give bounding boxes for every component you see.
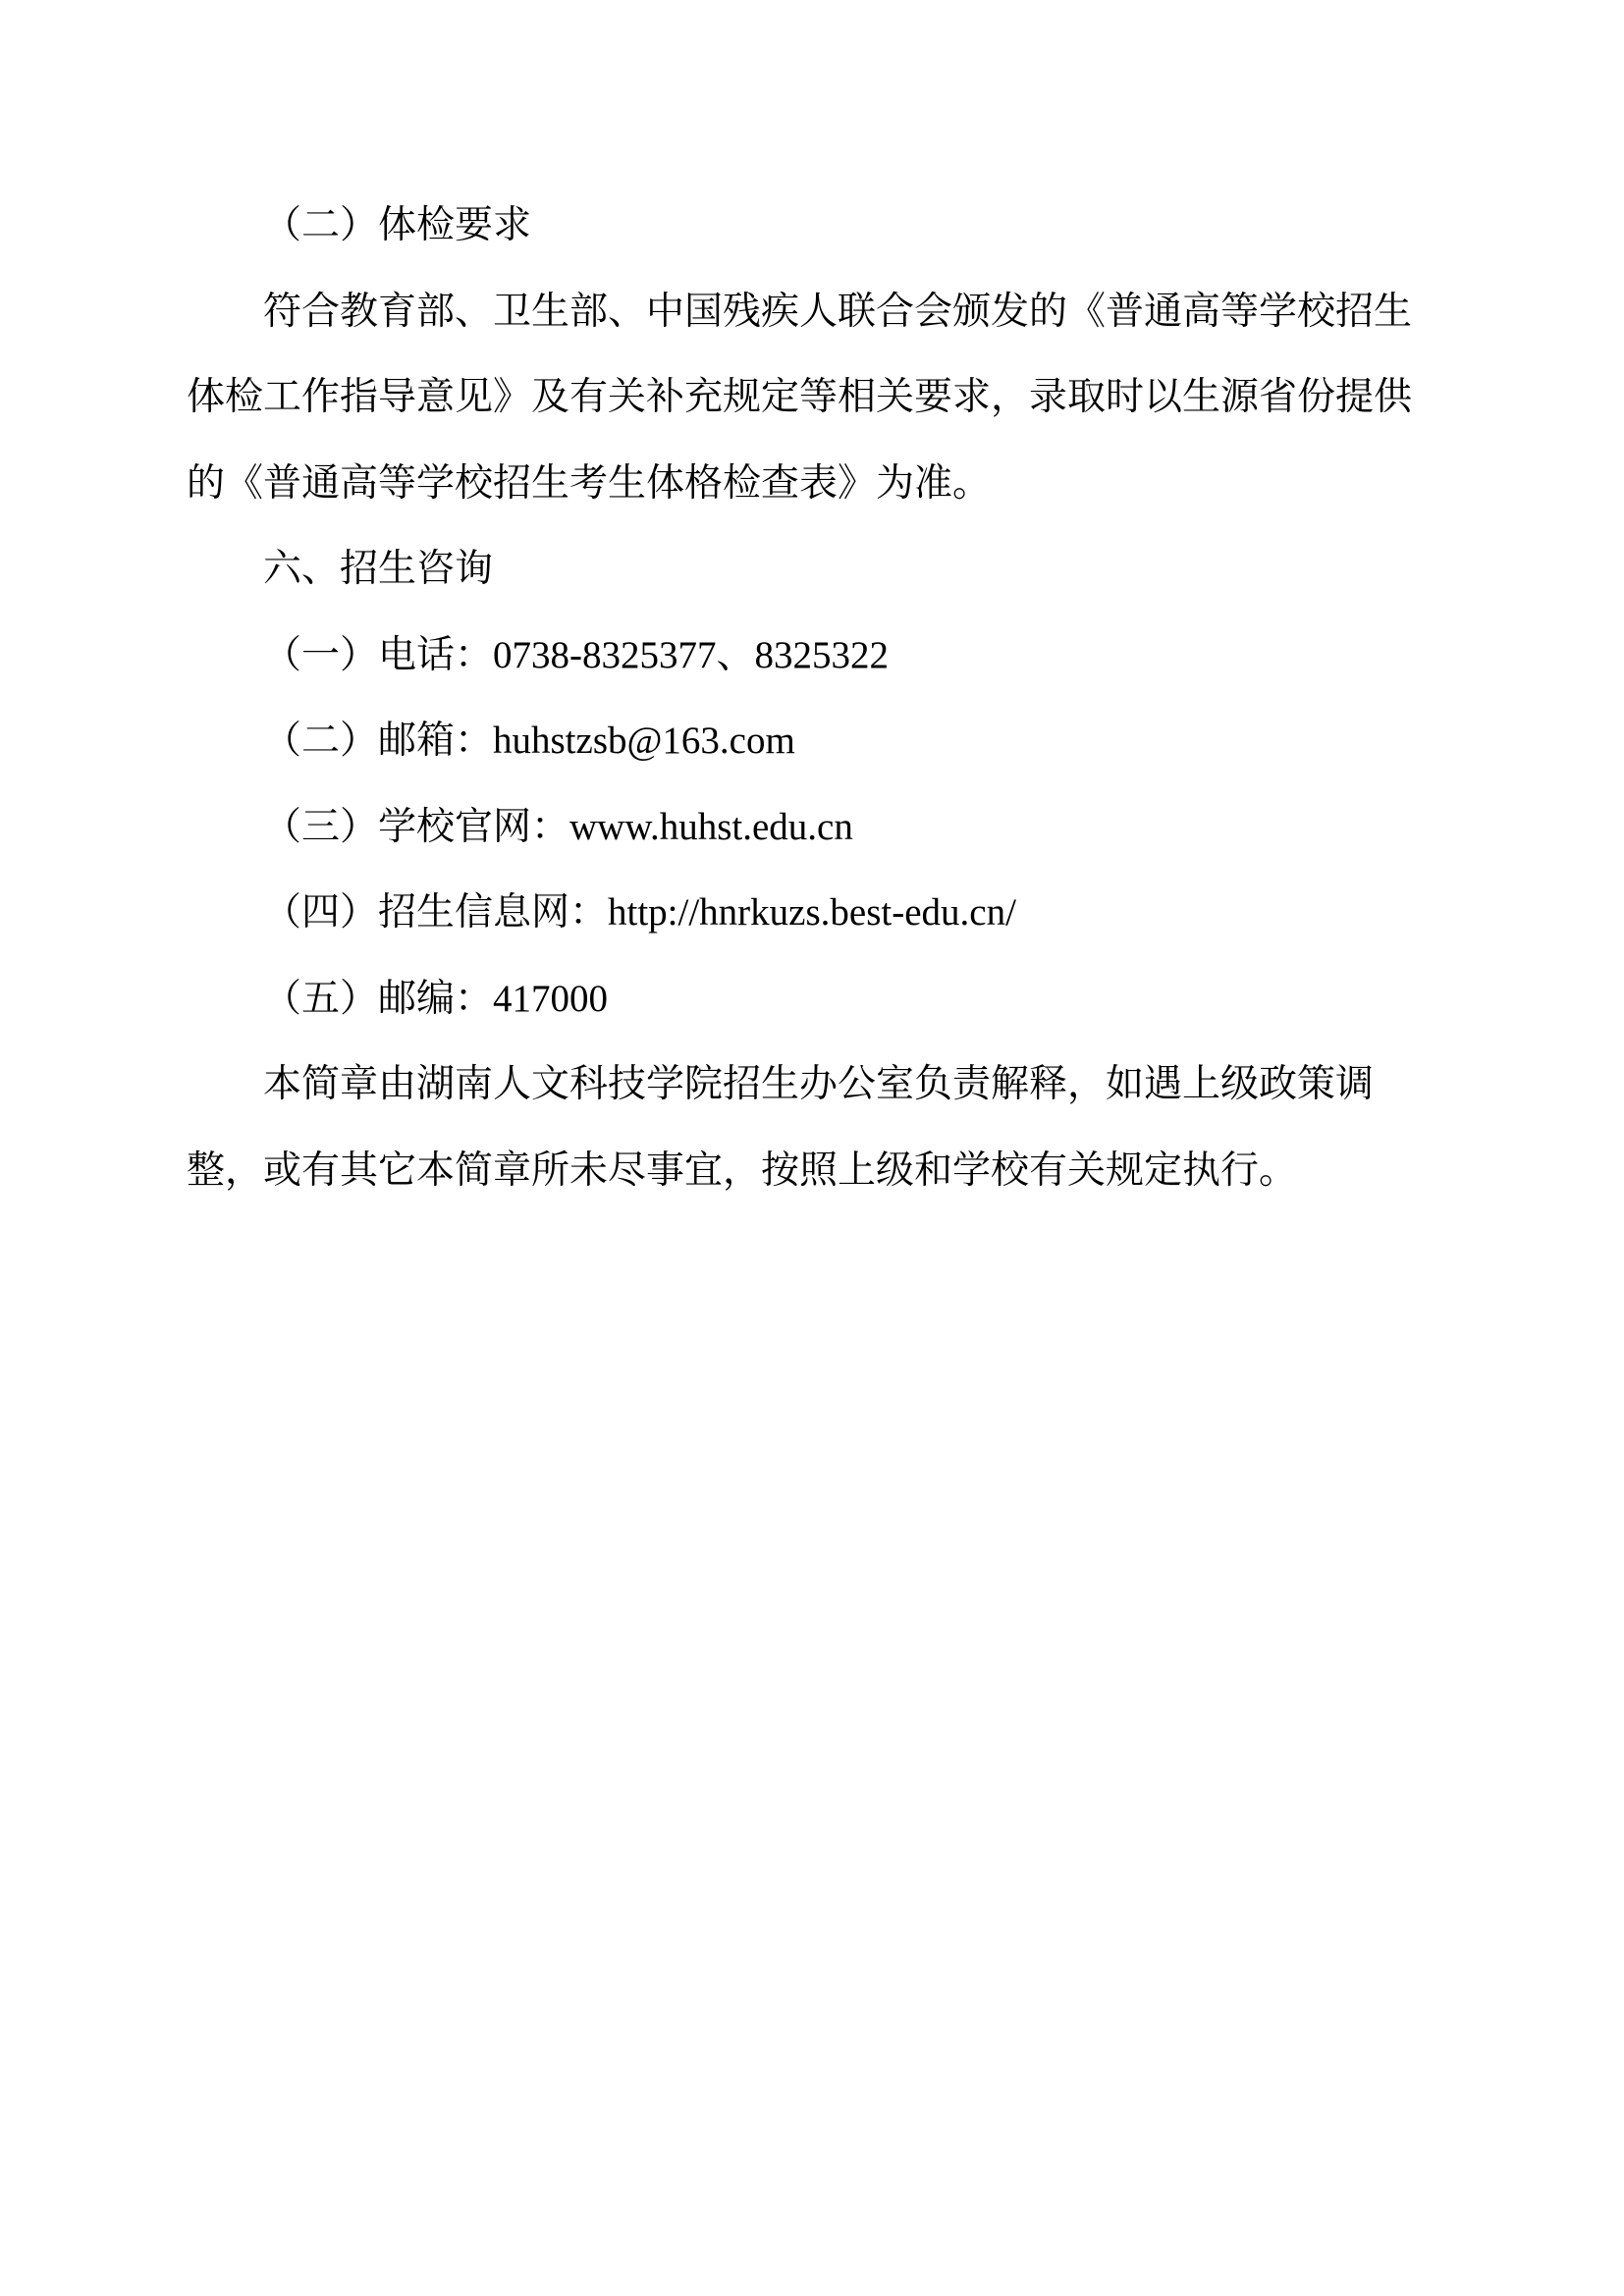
contact-email-line: （二）邮箱：huhstzsb@163.com [187,698,1412,784]
subsection-heading-physical-exam: （二）体检要求 [187,183,1412,269]
document-page: （二）体检要求 符合教育部、卫生部、中国残疾人联合会颁发的《普通高等学校招生 体… [187,183,1412,1213]
closing-line-2: 整，或有其它本简章所未尽事宜，按照上级和学校有关规定执行。 [187,1128,1412,1214]
section-heading-admissions-consultation: 六、招生咨询 [187,526,1412,613]
contact-postal-code-line: （五）邮编：417000 [187,956,1412,1042]
physical-exam-body-line-1: 符合教育部、卫生部、中国残疾人联合会颁发的《普通高等学校招生 [187,269,1412,355]
physical-exam-body-line-3: 的《普通高等学校招生考生体格检查表》为准。 [187,441,1412,527]
physical-exam-body-line-2: 体检工作指导意见》及有关补充规定等相关要求，录取时以生源省份提供 [187,354,1412,441]
contact-admissions-site-line: （四）招生信息网：http://hnrkuzs.best-edu.cn/ [187,870,1412,956]
closing-line-1: 本简章由湖南人文科技学院招生办公室负责解释，如遇上级政策调 [187,1041,1412,1128]
contact-phone-line: （一）电话：0738-8325377、8325322 [187,613,1412,699]
contact-website-line: （三）学校官网：www.huhst.edu.cn [187,784,1412,871]
